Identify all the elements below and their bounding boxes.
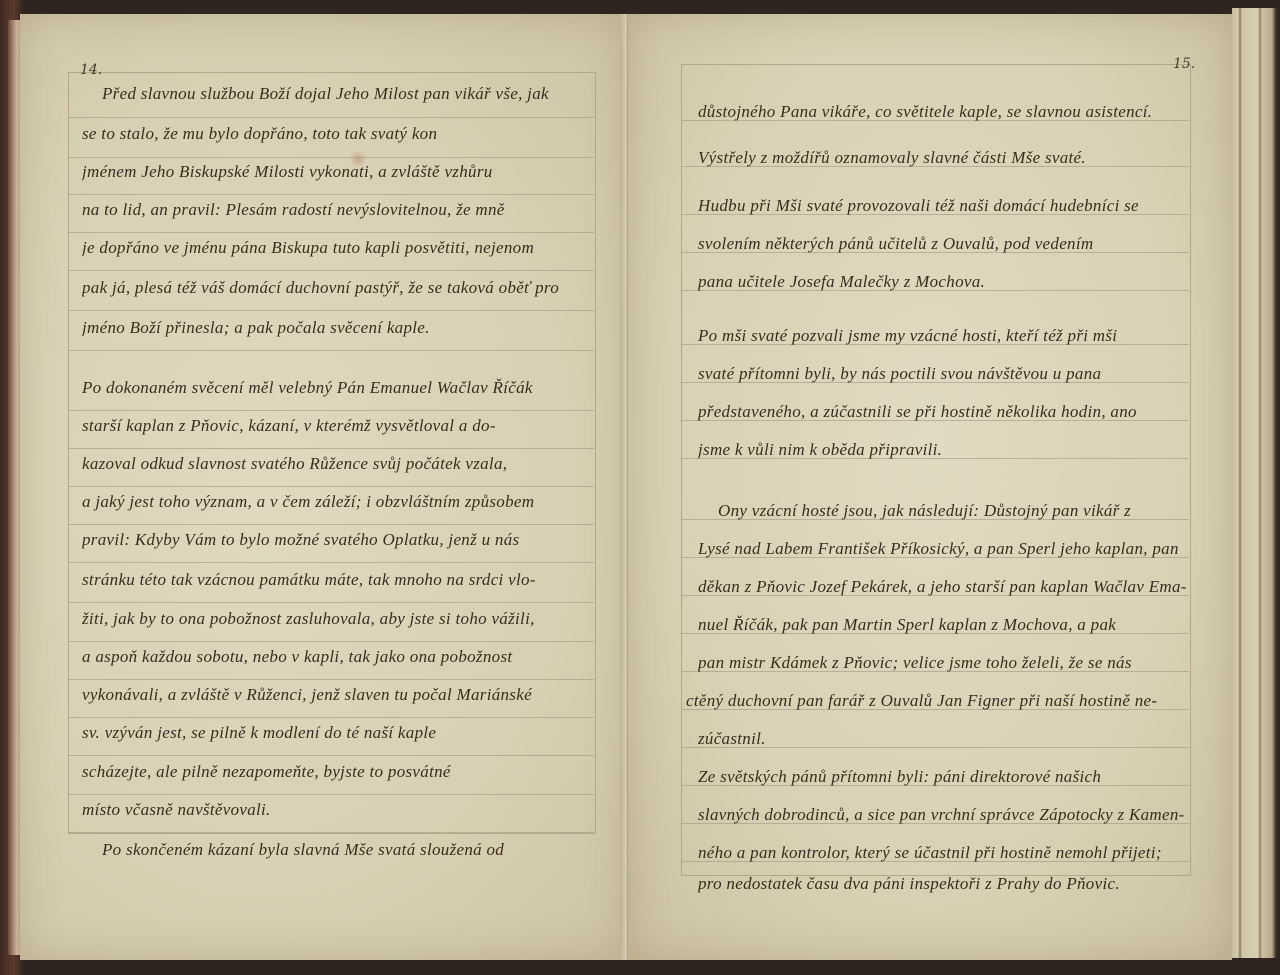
manuscript-line: jménem Jeho Biskupské Milosti vykonati, … xyxy=(82,162,592,182)
manuscript-line: Po skončeném kázaní byla slavná Mše svat… xyxy=(102,840,592,860)
ruled-line xyxy=(68,310,594,311)
ruled-line xyxy=(68,194,594,195)
manuscript-line: sv. vzýván jest, se pilně k modlení do t… xyxy=(82,723,592,743)
manuscript-line: pro nedostatek času dva páni inspektoři … xyxy=(698,874,1188,894)
ruled-line xyxy=(68,350,594,351)
manuscript-line: Hudbu při Mši svaté provozovali též naši… xyxy=(698,196,1188,216)
manuscript-line: ného a pan kontrolor, který se účastnil … xyxy=(698,843,1188,863)
manuscript-line: pana učitele Josefa Malečky z Mochova. xyxy=(698,272,1188,292)
manuscript-line: jsme k vůli nim k oběda připravili. xyxy=(698,440,1188,460)
manuscript-line: zúčastnil. xyxy=(698,729,1188,749)
ruled-line xyxy=(68,486,594,487)
manuscript-line: pravil: Kdyby Vám to bylo možné svatého … xyxy=(82,530,592,550)
manuscript-line: kazoval odkud slavnost svatého Růžence s… xyxy=(82,454,592,474)
manuscript-line: slavných dobrodinců, a sice pan vrchní s… xyxy=(698,805,1188,825)
ruled-line xyxy=(68,562,594,563)
left-page-number: 14. xyxy=(80,62,102,78)
manuscript-line: je dopřáno ve jménu pána Biskupa tuto ka… xyxy=(82,238,592,258)
manuscript-line: žiti, jak by to ona pobožnost zasluhoval… xyxy=(82,609,592,629)
manuscript-line: jméno Boží přinesla; a pak počala svěcen… xyxy=(82,318,592,338)
manuscript-line: Ony vzácní hosté jsou, jak následují: Dů… xyxy=(718,501,1188,521)
manuscript-line: Po dokonaném svěcení měl velebný Pán Ema… xyxy=(82,378,592,398)
manuscript-line: děkan z Pňovic Jozef Pekárek, a jeho sta… xyxy=(698,577,1188,597)
manuscript-line: Po mši svaté pozvali jsme my vzácné host… xyxy=(698,326,1188,346)
manuscript-line: svolením některých pánů učitelů z Ouvalů… xyxy=(698,234,1188,254)
manuscript-line: představeného, a zúčastnili se při hosti… xyxy=(698,402,1188,422)
ruled-line xyxy=(68,679,594,680)
manuscript-line: svaté přítomni byli, by nás poctili svou… xyxy=(698,364,1188,384)
ruled-line xyxy=(68,641,594,642)
left-page: 14. Před slavnou službou Boží dojal Jeho… xyxy=(20,14,627,960)
ruled-line xyxy=(68,832,594,833)
manuscript-line: na to lid, an pravil: Plesám radostí nev… xyxy=(82,200,592,220)
manuscript-line: pak já, plesá též váš domácí duchovní pa… xyxy=(82,278,592,298)
ruled-line xyxy=(68,448,594,449)
manuscript-line: pan mistr Kdámek z Pňovic; velice jsme t… xyxy=(698,653,1188,673)
ruled-line xyxy=(68,270,594,271)
right-page-edges xyxy=(1232,8,1280,958)
manuscript-line: důstojného Pana vikáře, co světitele kap… xyxy=(698,102,1188,122)
ruled-line xyxy=(68,157,594,158)
right-page: 15. důstojného Pana vikáře, co světitele… xyxy=(628,14,1232,960)
manuscript-line: Ze světských pánů přítomni byli: páni di… xyxy=(698,767,1188,787)
ruled-line xyxy=(68,794,594,795)
manuscript-line: starší kaplan z Pňovic, kázaní, v kterém… xyxy=(82,416,592,436)
manuscript-line: se to stalo, že mu bylo dopřáno, toto ta… xyxy=(82,124,592,144)
manuscript-line: Výstřely z moždířů oznamovaly slavné čás… xyxy=(698,148,1188,168)
ruled-line xyxy=(68,410,594,411)
ruled-line xyxy=(68,524,594,525)
manuscript-line: Před slavnou službou Boží dojal Jeho Mil… xyxy=(102,84,592,104)
manuscript-line: ctěný duchovní pan farář z Ouvalů Jan Fi… xyxy=(686,691,1188,711)
left-page-margin-frame xyxy=(68,72,596,834)
manuscript-line: nuel Říčák, pak pan Martin Sperl kaplan … xyxy=(698,615,1188,635)
manuscript-line: a jaký jest toho význam, a v čem záleží;… xyxy=(82,492,592,512)
manuscript-line: scházejte, ale pilně nezapomeňte, byjste… xyxy=(82,762,592,782)
ruled-line xyxy=(68,232,594,233)
manuscript-line: stránku této tak vzácnou památku máte, t… xyxy=(82,570,592,590)
ruled-line xyxy=(68,602,594,603)
manuscript-line: vykonávali, a zvláště v Růženci, jenž sl… xyxy=(82,685,592,705)
manuscript-line: a aspoň každou sobotu, nebo v kapli, tak… xyxy=(82,647,592,667)
manuscript-line: místo včasně navštěvovali. xyxy=(82,800,592,820)
ruled-line xyxy=(68,755,594,756)
ruled-line xyxy=(68,117,594,118)
right-page-number: 15. xyxy=(1173,56,1195,72)
ruled-line xyxy=(68,717,594,718)
manuscript-line: Lysé nad Labem František Příkosický, a p… xyxy=(698,539,1188,559)
right-page-margin-frame xyxy=(681,64,1191,876)
